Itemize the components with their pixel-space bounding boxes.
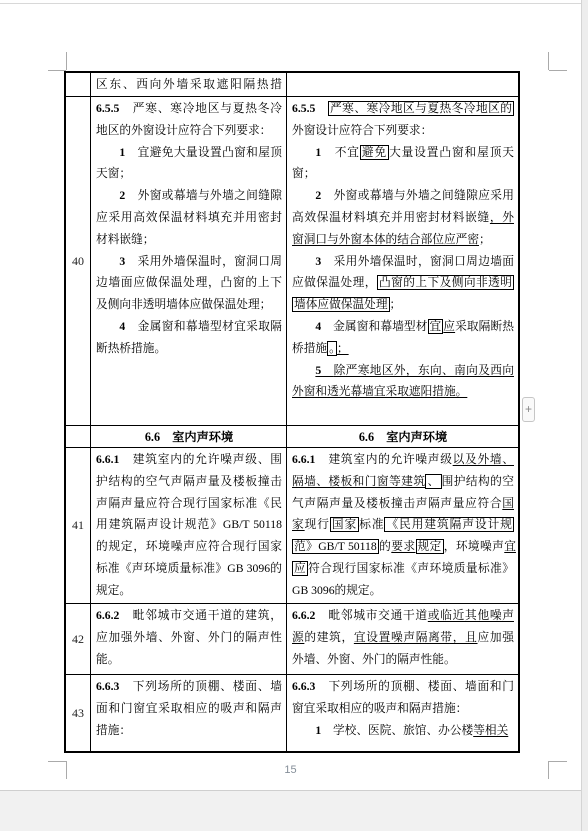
left-version-cell: 6.5.5 严寒、寒冷地区与夏热冬冷地区的外窗设计应符合下列要求：1 宜避免大量…	[90, 97, 286, 425]
text-run: 4	[315, 320, 333, 333]
paragraph: 2 外窗或幕墙与外墙之间缝隙应采用高效保温材料填充并用密封材料嵌缝；	[96, 185, 282, 250]
crop-mark-top-right-v	[548, 52, 549, 70]
text-run: 4	[119, 320, 137, 333]
table-row: 436.6.3 下列场所的顶棚、楼面、墙面和门窗宜采取相应的吸声和隔声措施：6.…	[66, 674, 518, 751]
text-run: 2	[315, 189, 333, 202]
text-run: 6.6.1	[292, 453, 329, 466]
text-run: 建筑室内的允许噪声级、围护结构的空气声隔声量及楼板撞击声隔声量应符合现行国家标准…	[96, 453, 282, 597]
text-run: 1	[315, 724, 333, 737]
text-run: 6.5.5	[96, 102, 133, 115]
document-page: { "page": { "number": "15", "plus_button…	[0, 0, 588, 831]
text-run: 6.5.5	[292, 102, 328, 115]
scrollbar[interactable]	[581, 0, 588, 831]
text-run: 6.6.3	[292, 680, 329, 693]
paragraph: 4 金属窗和幕墙型材宜应采取隔断热桥措施。；	[292, 316, 514, 360]
right-version-cell	[286, 73, 518, 96]
row-number: 41	[66, 448, 90, 603]
inserted-text: 应	[443, 320, 455, 333]
text-run: 3	[315, 255, 333, 268]
paragraph: 6.6 室内声环境	[292, 427, 514, 447]
crop-mark-top-right-h	[549, 70, 567, 71]
inserted-text: 要求	[391, 540, 415, 553]
text-run: 标准	[359, 518, 384, 531]
right-version-cell: 6.6 室内声环境	[286, 426, 518, 447]
deleted-text-box: 严寒、寒冷地区与夏热冬冷地区的	[328, 101, 514, 116]
paragraph: 6.5.5 严寒、寒冷地区与夏热冬冷地区的外窗设计应符合下列要求：	[96, 98, 282, 142]
text-run: 6.6 室内声环境	[145, 430, 233, 444]
text-run: 6.6.3	[96, 680, 133, 693]
text-run: 6.6.2	[96, 609, 133, 622]
text-run: 2	[119, 189, 137, 202]
paragraph: 1 宜避免大量设置凸窗和屋顶天窗；	[96, 142, 282, 186]
text-run: 6.6 室内声环境	[359, 430, 447, 444]
paragraph: 2 外窗或幕墙与外墙之间缝隙应采用高效保温材料填充并用密封材料嵌缝，外窗洞口与外…	[292, 185, 514, 250]
paragraph: 6.6 室内声环境	[96, 427, 282, 447]
text-run: 符合现行国家标准《声环境质量标准》GB 3096的规定。	[292, 562, 514, 597]
comparison-table: 区东、西向外墙采取遮阳隔热措施。406.5.5 严寒、寒冷地区与夏热冬冷地区的外…	[64, 71, 520, 753]
deleted-text-box: 应	[292, 561, 308, 576]
text-run: 1	[315, 146, 334, 159]
plus-button[interactable]: +	[522, 397, 535, 422]
text-run: 的建筑，	[304, 631, 353, 644]
text-run: 1	[119, 146, 137, 159]
row-number	[66, 73, 90, 96]
inserted-text: 宜	[504, 540, 516, 553]
crop-mark-bottom-right-h	[549, 761, 567, 762]
deleted-text-box: 避免	[360, 145, 389, 160]
deleted-text-box: 。	[327, 341, 337, 356]
paragraph: 1 学校、医院、旅馆、办公楼等相关	[292, 720, 514, 742]
paragraph: 3 采用外墙保温时，窗洞口周边墙面应做保温处理，凸窗的上下及侧向非透明墙体应做保…	[292, 251, 514, 316]
right-version-cell: 6.6.2 毗邻城市交通干道或临近其他噪声源的建筑，宜设置噪声隔离带，且应加强外…	[286, 604, 518, 674]
paragraph: 6.6.1 建筑室内的允许噪声级、围护结构的空气声隔声量及楼板撞击声隔声量应符合…	[96, 449, 282, 602]
text-run: 建筑室内的允许噪声级	[329, 453, 453, 466]
paragraph: 3 采用外墙保温时，窗洞口周边墙面应做保温处理，凸窗的上下及侧向非透明墙体应做保…	[96, 251, 282, 316]
table-row: 426.6.2 毗邻城市交通干道的建筑，应加强外墙、外窗、外门的隔声性能。6.6…	[66, 603, 518, 674]
text-run: 的	[379, 540, 392, 553]
paragraph: 6.5.5 严寒、寒冷地区与夏热冬冷地区的外窗设计应符合下列要求：	[292, 98, 514, 142]
text-run: 区东、西向外墙采取遮阳隔热措施。	[96, 78, 282, 96]
right-version-cell: 6.6.1 建筑室内的允许噪声级以及外墙、隔墙、楼板和门窗等建筑、围护结构的空气…	[286, 448, 518, 603]
text-run: 6.6.2	[292, 609, 329, 622]
page-bottom-gap	[0, 790, 581, 831]
deleted-text-box: 、	[425, 474, 441, 489]
paragraph: 1 不宜避免大量设置凸窗和屋顶天窗；	[292, 142, 514, 186]
table-row: 区东、西向外墙采取遮阳隔热措施。	[66, 73, 518, 96]
paragraph: 区东、西向外墙采取遮阳隔热措施。	[96, 74, 282, 96]
inserted-text: 5	[315, 364, 333, 377]
crop-mark-bottom-left-h	[48, 761, 66, 762]
left-version-cell: 6.6.2 毗邻城市交通干道的建筑，应加强外墙、外窗、外门的隔声性能。	[90, 604, 286, 674]
row-number: 40	[66, 97, 90, 425]
text-run: 现行	[305, 518, 330, 531]
right-version-cell: 6.6.3 下列场所的顶棚、楼面、墙面和门窗宜采取相应的吸声和隔声措施：1 学校…	[286, 675, 518, 751]
inserted-text: 等相关	[473, 724, 508, 737]
right-version-cell: 6.5.5 严寒、寒冷地区与夏热冬冷地区的外窗设计应符合下列要求：1 不宜避免大…	[286, 97, 518, 425]
page-number: 15	[0, 764, 581, 776]
left-version-cell: 区东、西向外墙采取遮阳隔热措施。	[90, 73, 286, 96]
deleted-text-box: 宜	[428, 319, 444, 334]
text-run: 不宜	[335, 146, 360, 159]
paragraph: 6.6.3 下列场所的顶棚、楼面、墙面和门窗宜采取相应的吸声和隔声措施：	[292, 676, 514, 720]
paragraph: 4 金属窗和幕墙型材宜采取隔断热桥措施。	[96, 316, 282, 360]
inserted-text: 宜设置噪声隔离带，且	[354, 631, 478, 644]
text-run: ；	[390, 298, 402, 311]
paragraph: 6.6.2 毗邻城市交通干道的建筑，应加强外墙、外窗、外门的隔声性能。	[96, 605, 282, 670]
text-run: ；	[479, 233, 491, 246]
text-run: 6.6.1	[96, 453, 133, 466]
paragraph: 6.6.3 下列场所的顶棚、楼面、墙面和门窗宜采取相应的吸声和隔声措施：	[96, 676, 282, 741]
text-run: ，环境噪声	[444, 540, 505, 553]
text-run: 3	[119, 255, 137, 268]
inserted-text: ；	[337, 342, 349, 355]
row-number: 42	[66, 604, 90, 674]
deleted-text-box: 国家	[330, 517, 359, 532]
page-gap-line	[0, 3, 588, 4]
crop-mark-top-left-v	[66, 52, 67, 70]
section-header-row: 6.6 室内声环境6.6 室内声环境	[66, 425, 518, 447]
text-run: 金属窗和幕墙型材	[333, 320, 427, 333]
text-run: 学校、医院、旅馆、办公楼	[333, 724, 473, 737]
paragraph: 6.6.2 毗邻城市交通干道或临近其他噪声源的建筑，宜设置噪声隔离带，且应加强外…	[292, 605, 514, 670]
row-number: 43	[66, 675, 90, 751]
row-number	[66, 426, 90, 447]
left-version-cell: 6.6 室内声环境	[90, 426, 286, 447]
left-version-cell: 6.6.3 下列场所的顶棚、楼面、墙面和门窗宜采取相应的吸声和隔声措施：	[90, 675, 286, 751]
table-row: 416.6.1 建筑室内的允许噪声级、围护结构的空气声隔声量及楼板撞击声隔声量应…	[66, 447, 518, 603]
paragraph: 6.6.1 建筑室内的允许噪声级以及外墙、隔墙、楼板和门窗等建筑、围护结构的空气…	[292, 449, 514, 602]
left-version-cell: 6.6.1 建筑室内的允许噪声级、围护结构的空气声隔声量及楼板撞击声隔声量应符合…	[90, 448, 286, 603]
text-run: 毗邻城市交通干道	[329, 609, 428, 622]
table-row: 406.5.5 严寒、寒冷地区与夏热冬冷地区的外窗设计应符合下列要求：1 宜避免…	[66, 96, 518, 425]
paragraph: 5 除严寒地区外，东向、南向及西向外窗和透光幕墙宜采取遮阳措施。	[292, 360, 514, 404]
deleted-text-box: 规定	[416, 539, 444, 554]
text-run: 外窗设计应符合下列要求：	[292, 124, 432, 137]
